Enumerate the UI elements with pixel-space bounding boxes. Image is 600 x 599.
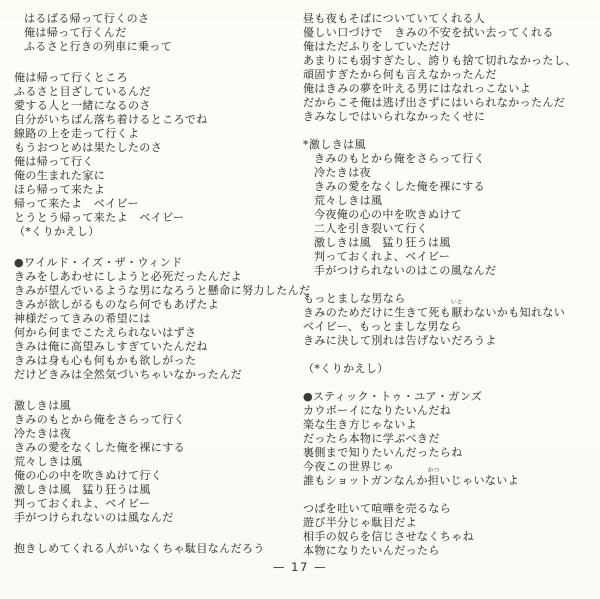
lyric-line: 冷たきは夜 [14,427,302,441]
lyric-line: 俺の生まれた家に [14,169,302,183]
lyric-line: 激しきは風 猛り狂うは風 [303,236,597,250]
song-stanza: ●スティック・トゥ・ユア・ガンズカウボーイになりたいんだね楽な生き方じゃないよだ… [303,390,597,488]
furigana-text: かつ [428,468,440,474]
lyric-line: ほら帰って来たよ [14,183,302,197]
lyric-line: はるばる帰って行くのさ [14,12,302,26]
lyric-line: きみは俺に高望みしすぎていたんだね [14,340,302,354]
lyric-line: 何から何までこたえられないはずさ [14,326,302,340]
lyric-line: きみに決して別れは告げないだろうよ [303,334,597,348]
lyric-line: きみが望んでいるような男になろうと懸命に努力したんだ [14,284,302,298]
lyric-line: 俺はただふりをしていただけ [303,40,597,54]
lyric-line: 二人を引き裂いて行く [303,222,597,236]
lyric-line: きみなしではいられなかったくせに [303,110,597,124]
lyrics-column-right: 昼も夜もそばについていてくれる人優しい口づけで きみの不安を拭い去ってくれる俺は… [303,12,597,558]
lyric-line: 頑固すぎたから何も言えなかったんだ [303,68,597,82]
lyric-line: 抱きしめてくれる人がいなくちゃ駄目なんだろう [14,542,302,556]
stanza: 俺は帰って行くところふるさと目ざしているんだ愛する人と一緒になるのさ自分がいちば… [14,71,302,239]
lyric-line: 誰もショットガンなんか担かついじゃいないよ [303,474,597,488]
furigana-annotated-char: 担かつ [428,474,439,488]
lyric-line: 遊び半分じゃ駄目だよ [303,516,597,530]
stanza: 激しきは風きみのもとから俺をさらって行く冷たきは夜きみの愛をなくした俺を裸にする… [14,399,302,525]
lyric-line: 線路の上を走って行くよ [14,127,302,141]
lyric-line: （*くりかえし） [14,225,302,239]
page-number-text: — 17 — [273,560,327,574]
lyric-line: 愛する人と一緒になるのさ [14,99,302,113]
lyric-line: 裏側まで知りたいんだったらね [303,446,597,460]
lyrics-column-left: はるばる帰って行くのさ俺は帰って行くんだふるさと行きの列車に乗って俺は帰って行く… [14,12,302,556]
lyric-line: 判っておくれよ、ベイビー [14,497,302,511]
lyric-line: 俺はきみの夢を叶える男にはなれっこないよ [303,82,597,96]
lyric-line: 帰って来たよ ベイビー [14,197,302,211]
lyric-line: 今夜俺の心の中を吹きぬけて [303,208,597,222]
lyric-line: だけどきみは全然気づいちゃいなかったんだ [14,368,302,382]
stanza: もっとましな男ならきみのためだけに生きて死も厭いとわないかも知れないベイビー、も… [303,292,597,348]
lyric-line: きみの愛をなくした俺を裸にする [14,441,302,455]
stanza: はるばる帰って行くのさ俺は帰って行くんだふるさと行きの列車に乗って [14,12,302,54]
stanza: 昼も夜もそばについていてくれる人優しい口づけで きみの不安を拭い去ってくれる俺は… [303,12,597,124]
lyric-line: 判っておくれよ、ベイビー [303,250,597,264]
furigana-annotated-char: 厭いと [451,306,462,320]
lyric-line: きみの愛をなくした俺を裸にする [303,180,597,194]
lyric-line: きみのためだけに生きて死も厭いとわないかも知れない [303,306,597,320]
lyric-line: カウボーイになりたいんだね [303,404,597,418]
lyric-line: 俺は帰って行くんだ [14,26,302,40]
song-title: ●ワイルド・イズ・ザ・ウィンド [14,256,302,270]
lyric-line: だからこそ俺は逃げ出さずにはいられなかったんだ [303,96,597,110]
lyric-line: *激しきは風 [303,138,597,152]
lyric-line: きみのもとから俺をさらって行く [14,413,302,427]
lyric-line: きみが欲しがるものなら何でもあげたよ [14,298,302,312]
lyric-line: 荒々しきは風 [14,455,302,469]
lyric-line: 今夜この世界じゃ [303,460,597,474]
lyric-line: もうおつとめは果たしたのさ [14,141,302,155]
lyric-line: 楽な生き方じゃないよ [303,418,597,432]
lyric-line: 手がつけられないのは風なんだ [14,511,302,525]
stanza: つばを吐いて喧嘩を売るなら遊び半分じゃ駄目だよ相手の奴らを信じさせなくちゃね本物… [303,502,597,558]
lyric-line: 冷たきは夜 [303,166,597,180]
lyric-line: 昼も夜もそばについていてくれる人 [303,12,597,26]
stanza: （*くりかえし） [303,362,597,376]
lyric-line: 俺は帰って行くところ [14,71,302,85]
lyric-line: きみのもとから俺をさらって行く [303,152,597,166]
lyric-line: 激しきは風 [14,399,302,413]
lyric-line: 本物になりたいんだったら [303,544,597,558]
lyric-line: （*くりかえし） [303,362,597,376]
lyric-line: ふるさと目ざしているんだ [14,85,302,99]
lyric-line: 相手の奴らを信じさせなくちゃね [303,530,597,544]
lyric-line: ふるさと行きの列車に乗って [14,40,302,54]
lyric-line: 優しい口づけで きみの不安を拭い去ってくれる [303,26,597,40]
song-stanza: ●ワイルド・イズ・ザ・ウィンドきみをしあわせにしようと必死だったんだよきみが望ん… [14,256,302,382]
song-title: ●スティック・トゥ・ユア・ガンズ [303,390,597,404]
lyric-line: 自分がいちばん落ち着けるところでね [14,113,302,127]
page-number: — 17 — [0,560,600,574]
lyric-line: 俺の心の中を吹きぬけて行く [14,469,302,483]
lyric-line: 神様だってきみの希望には [14,312,302,326]
lyric-line: 手がつけられないのはこの風なんだ [303,264,597,278]
stanza: *激しきは風きみのもとから俺をさらって行く冷たきは夜きみの愛をなくした俺を裸にす… [303,138,597,278]
lyric-line: 荒々しきは風 [303,194,597,208]
furigana-text: いと [451,300,463,306]
lyric-line: ベイビー、もっとましな男なら [303,320,597,334]
lyric-line: きみをしあわせにしようと必死だったんだよ [14,270,302,284]
lyric-line: あまりにも弱すぎたし、誇りも捨て切れなかったし、 [303,54,597,68]
lyric-line: 俺は帰って行く [14,155,302,169]
stanza: 抱きしめてくれる人がいなくちゃ駄目なんだろう [14,542,302,556]
lyric-line: だったら本物に学ぶべきだ [303,432,597,446]
lyrics-page: はるばる帰って行くのさ俺は帰って行くんだふるさと行きの列車に乗って俺は帰って行く… [0,0,600,599]
lyric-line: 激しきは風 猛り狂うは風 [14,483,302,497]
lyric-line: つばを吐いて喧嘩を売るなら [303,502,597,516]
lyric-line: とうとう帰って来たよ ベイビー [14,211,302,225]
lyric-line: きみは身も心も何もかも欲しがった [14,354,302,368]
